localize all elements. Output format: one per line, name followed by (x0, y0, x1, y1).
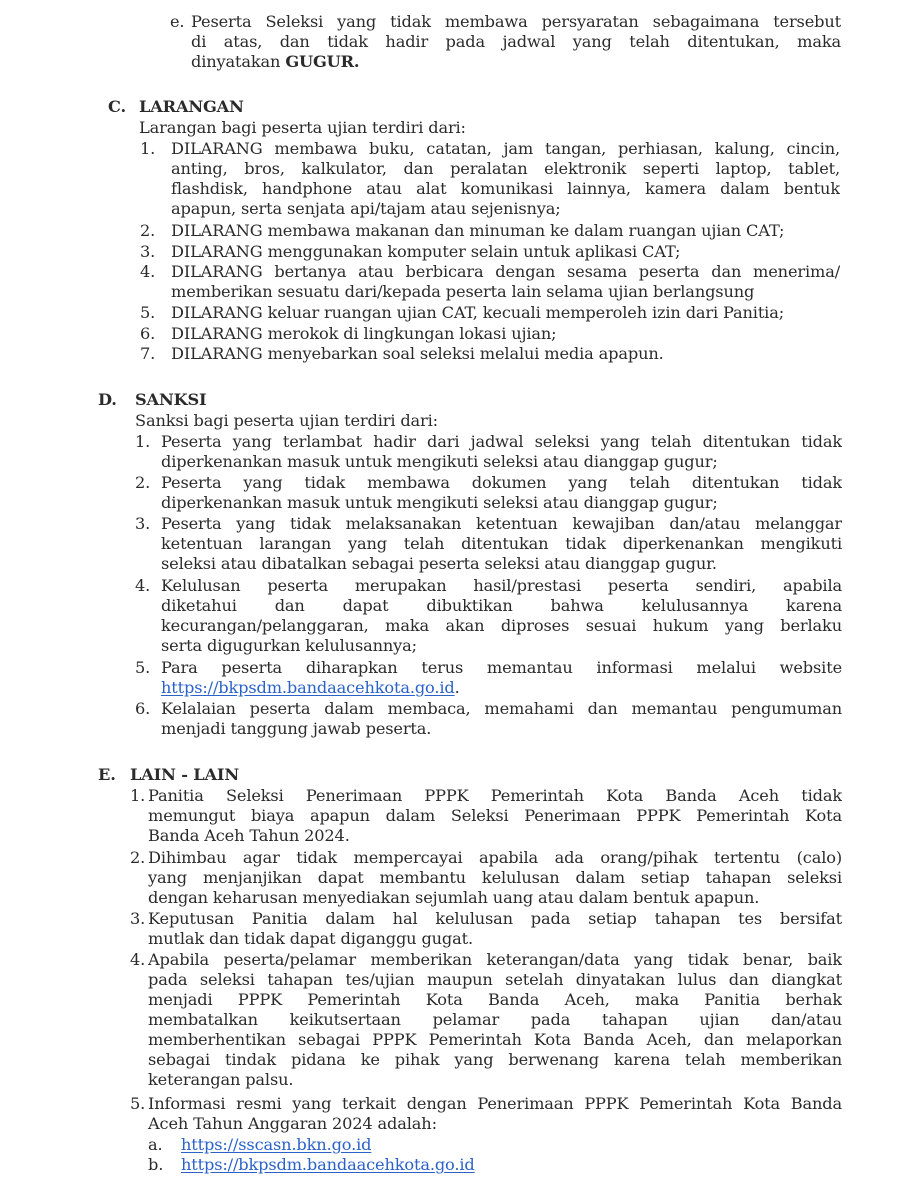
list-item-line: keterangan palsu. (148, 1070, 842, 1090)
list-item-line: Banda Aceh Tahun 2024. (148, 826, 842, 846)
list-item-line: https://bkpsdm.bandaacehkota.go.id. (161, 678, 842, 698)
list-item-number: 2. (130, 848, 145, 868)
list-item-line: Peserta yang terlambat hadir dari jadwal… (161, 432, 842, 452)
official-info-link[interactable]: https://sscasn.bkn.go.id (181, 1135, 371, 1154)
list-item-line: Peserta yang tidak melaksanakan ketentua… (161, 514, 842, 534)
list-item: DILARANG menggunakan komputer selain unt… (171, 242, 840, 262)
list-item: Informasi resmi yang terkait dengan Pene… (148, 1094, 842, 1134)
sublink-marker: b. (148, 1155, 163, 1175)
list-item-number: 6. (135, 699, 150, 719)
list-item-line: memberhentikan sebagai PPPK Pemerintah K… (148, 1030, 842, 1050)
list-item: Panitia Seleksi Penerimaan PPPK Pemerint… (148, 786, 842, 846)
list-item-line: diperkenankan masuk untuk mengikuti sele… (161, 452, 842, 472)
section-e-letter: E. (98, 765, 116, 785)
section-c-letter: C. (108, 97, 126, 117)
list-item: Kelulusan peserta merupakan hasil/presta… (161, 576, 842, 656)
list-item-line: Kelalaian peserta dalam membaca, memaham… (161, 699, 842, 719)
item-e-marker: e. (170, 12, 184, 32)
list-item-line: yang menjanjikan dapat membantu kelulusa… (148, 868, 842, 888)
list-item: DILARANG bertanya atau berbicara dengan … (171, 262, 840, 302)
list-item: Kelalaian peserta dalam membaca, memaham… (161, 699, 842, 739)
list-item-number: 5. (130, 1094, 145, 1114)
list-item-line: dengan keharusan menyediakan sejumlah ua… (148, 888, 842, 908)
list-item: DILARANG keluar ruangan ujian CAT, kecua… (171, 303, 840, 323)
list-item-line: Para peserta diharapkan terus memantau i… (161, 658, 842, 678)
list-item: DILARANG membawa buku, catatan, jam tang… (171, 139, 840, 219)
sublink: https://bkpsdm.bandaacehkota.go.id (181, 1155, 475, 1175)
list-item-number: 1. (135, 432, 150, 452)
section-d-intro: Sanksi bagi peserta ujian terdiri dari: (135, 411, 438, 431)
official-info-link[interactable]: https://bkpsdm.bandaacehkota.go.id (181, 1155, 475, 1174)
list-item: DILARANG merokok di lingkungan lokasi uj… (171, 324, 840, 344)
list-item: Dihimbau agar tidak mempercayai apabila … (148, 848, 842, 908)
list-item-number: 5. (140, 303, 155, 323)
list-item-number: 1. (140, 139, 155, 159)
list-item-number: 4. (135, 576, 150, 596)
list-item-number: 4. (130, 950, 145, 970)
list-item-line: DILARANG menyebarkan soal seleksi melalu… (171, 344, 840, 364)
list-item-line: diperkenankan masuk untuk mengikuti sele… (161, 493, 842, 513)
list-item-line: flashdisk, handphone atau alat komunikas… (171, 179, 840, 199)
list-item-line: memberikan sesuatu dari/kepada peserta l… (171, 282, 840, 302)
list-item-line: sebagai tindak pidana ke pihak yang berw… (148, 1050, 842, 1070)
list-item-line: menjadi PPPK Pemerintah Kota Banda Aceh,… (148, 990, 842, 1010)
list-item-line: ketentuan larangan yang telah ditentukan… (161, 534, 842, 554)
list-item-line: diketahui dan dapat dibuktikan bahwa kel… (161, 596, 842, 616)
section-e-title: LAIN - LAIN (130, 765, 239, 785)
list-item-line: pada seleksi tahapan tes/ujian maupun se… (148, 970, 842, 990)
list-item-line: menjadi tanggung jawab peserta. (161, 719, 842, 739)
document-page: e. Peserta Seleksi yang tidak membawa pe… (0, 0, 900, 1190)
list-item-line: Dihimbau agar tidak mempercayai apabila … (148, 848, 842, 868)
list-item-number: 5. (135, 658, 150, 678)
list-item-number: 2. (135, 473, 150, 493)
list-item-line: membatalkan keikutsertaan pelamar pada t… (148, 1010, 842, 1030)
list-item-line: kecurangan/pelanggaran, maka akan dipros… (161, 616, 842, 636)
section-c-intro: Larangan bagi peserta ujian terdiri dari… (139, 118, 466, 138)
list-item-line: Kelulusan peserta merupakan hasil/presta… (161, 576, 842, 596)
list-item-line: Informasi resmi yang terkait dengan Pene… (148, 1094, 842, 1114)
website-link[interactable]: https://bkpsdm.bandaacehkota.go.id (161, 678, 455, 697)
list-item-line: DILARANG membawa buku, catatan, jam tang… (171, 139, 840, 159)
sublink-marker: a. (148, 1135, 163, 1155)
list-item-line: Apabila peserta/pelamar memberikan keter… (148, 950, 842, 970)
list-item-line: Aceh Tahun Anggaran 2024 adalah: (148, 1114, 842, 1134)
list-item-line: DILARANG bertanya atau berbicara dengan … (171, 262, 840, 282)
list-item: Peserta yang tidak membawa dokumen yang … (161, 473, 842, 513)
list-item-line: Keputusan Panitia dalam hal kelulusan pa… (148, 909, 842, 929)
list-item-number: 4. (140, 262, 155, 282)
list-item-number: 3. (130, 909, 145, 929)
list-item-line: anting, bros, kalkulator, dan peralatan … (171, 159, 840, 179)
list-item-number: 2. (140, 221, 155, 241)
item-e-text: Peserta Seleksi yang tidak membawa persy… (191, 12, 841, 72)
list-item: DILARANG menyebarkan soal seleksi melalu… (171, 344, 840, 364)
list-item: Apabila peserta/pelamar memberikan keter… (148, 950, 842, 1090)
section-d-letter: D. (98, 390, 117, 410)
list-item-line: DILARANG merokok di lingkungan lokasi uj… (171, 324, 840, 344)
list-item-number: 3. (140, 242, 155, 262)
list-item: Keputusan Panitia dalam hal kelulusan pa… (148, 909, 842, 949)
list-item: Para peserta diharapkan terus memantau i… (161, 658, 842, 698)
list-item-line: serta digugurkan kelulusannya; (161, 636, 842, 656)
sublink: https://sscasn.bkn.go.id (181, 1135, 371, 1155)
list-item-line: seleksi atau dibatalkan sebagai peserta … (161, 554, 842, 574)
list-item-line: DILARANG membawa makanan dan minuman ke … (171, 221, 840, 241)
list-item-line: apapun, serta senjata api/tajam atau sej… (171, 199, 840, 219)
list-item-line: mutlak dan tidak dapat diganggu gugat. (148, 929, 842, 949)
list-item-number: 1. (130, 786, 145, 806)
section-d-title: SANKSI (135, 390, 206, 410)
list-item-line: Peserta yang tidak membawa dokumen yang … (161, 473, 842, 493)
link-suffix: . (455, 678, 460, 697)
list-item-line: Panitia Seleksi Penerimaan PPPK Pemerint… (148, 786, 842, 806)
list-item: Peserta yang tidak melaksanakan ketentua… (161, 514, 842, 574)
gugur-emphasis: GUGUR. (285, 52, 359, 71)
list-item-number: 3. (135, 514, 150, 534)
list-item-number: 7. (140, 344, 155, 364)
list-item: DILARANG membawa makanan dan minuman ke … (171, 221, 840, 241)
section-c-title: LARANGAN (139, 97, 244, 117)
list-item-line: DILARANG menggunakan komputer selain unt… (171, 242, 840, 262)
list-item-number: 6. (140, 324, 155, 344)
list-item-line: memungut biaya apapun dalam Seleksi Pene… (148, 806, 842, 826)
list-item-line: DILARANG keluar ruangan ujian CAT, kecua… (171, 303, 840, 323)
list-item: Peserta yang terlambat hadir dari jadwal… (161, 432, 842, 472)
